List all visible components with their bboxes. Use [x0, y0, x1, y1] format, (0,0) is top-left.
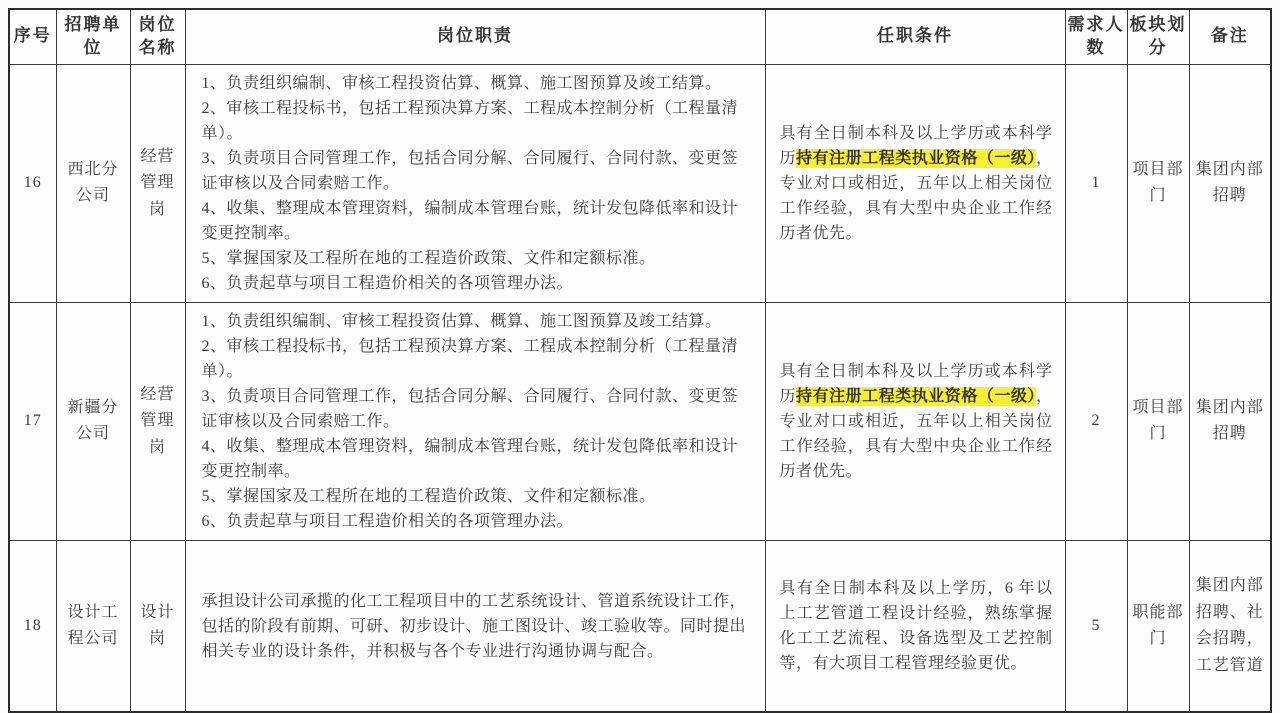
cell-unit: 新疆分公司 — [56, 302, 130, 540]
header-seq: 序号 — [9, 9, 56, 64]
table-row: 17 新疆分公司 经营管理岗 1、负责组织编制、审核工程投资估算、概算、施工图预… — [9, 302, 1271, 540]
cell-unit: 设计工程公司 — [56, 540, 130, 697]
req-highlighted-text: 持有注册工程类执业资格（一级） — [796, 149, 1036, 168]
header-count: 需求人数 — [1065, 9, 1127, 64]
duties-text: 1、负责组织编制、审核工程投资估算、概算、施工图预算及竣工结算。 2、审核工程投… — [202, 71, 751, 296]
table-row: 16 西北分公司 经营管理岗 1、负责组织编制、审核工程投资估算、概算、施工图预… — [9, 64, 1271, 302]
cell-count: 2 — [1065, 302, 1127, 540]
cell-requirements: 具有全日制本科及以上学历，6 年以上工艺管道工程设计经验，熟练掌握化工工艺流程、… — [765, 540, 1065, 697]
recruitment-table-page: 序号 招聘单位 岗位名称 岗位职责 任职条件 需求人数 板块划分 备注 16 西… — [8, 8, 1272, 697]
header-requirements: 任职条件 — [765, 9, 1065, 64]
cell-remark: 集团内部招聘、社会招聘，工艺管道 — [1189, 540, 1271, 697]
cell-unit: 西北分公司 — [56, 64, 130, 302]
req-text-before: 具有全日制本科及以上学历，6 年以上工艺管道工程设计经验，熟练掌握化工工艺流程、… — [780, 580, 1053, 672]
header-row: 序号 招聘单位 岗位名称 岗位职责 任职条件 需求人数 板块划分 备注 — [9, 9, 1271, 64]
cell-requirements: 具有全日制本科及以上学历或本科学历持有注册工程类执业资格（一级），专业对口或相近… — [765, 302, 1065, 540]
cell-position: 经营管理岗 — [130, 302, 185, 540]
cell-duties: 1、负责组织编制、审核工程投资估算、概算、施工图预算及竣工结算。 2、审核工程投… — [185, 64, 765, 302]
cell-remark: 集团内部招聘 — [1189, 302, 1271, 540]
duties-text: 承担设计公司承揽的化工工程项目中的工艺系统设计、管道系统设计工作，包括的阶段有前… — [202, 589, 751, 664]
cell-division: 职能部门 — [1127, 540, 1189, 697]
cell-duties: 1、负责组织编制、审核工程投资估算、概算、施工图预算及竣工结算。 2、审核工程投… — [185, 302, 765, 540]
cell-count: 1 — [1065, 64, 1127, 302]
header-unit: 招聘单位 — [56, 9, 130, 64]
cell-duties: 承担设计公司承揽的化工工程项目中的工艺系统设计、管道系统设计工作，包括的阶段有前… — [185, 540, 765, 697]
req-highlighted-text: 持有注册工程类执业资格（一级） — [796, 387, 1036, 406]
header-duties: 岗位职责 — [185, 9, 765, 64]
cell-division: 项目部门 — [1127, 64, 1189, 302]
cell-count: 5 — [1065, 540, 1127, 697]
cell-position: 经营管理岗 — [130, 64, 185, 302]
cell-seq: 16 — [9, 64, 56, 302]
cell-remark: 集团内部招聘 — [1189, 64, 1271, 302]
cell-division: 项目部门 — [1127, 302, 1189, 540]
header-remark: 备注 — [1189, 9, 1271, 64]
duties-text: 1、负责组织编制、审核工程投资估算、概算、施工图预算及竣工结算。 2、审核工程投… — [202, 309, 751, 534]
table-row: 18 设计工程公司 设计岗 承担设计公司承揽的化工工程项目中的工艺系统设计、管道… — [9, 540, 1271, 697]
recruitment-table: 序号 招聘单位 岗位名称 岗位职责 任职条件 需求人数 板块划分 备注 16 西… — [8, 8, 1272, 697]
cell-seq: 17 — [9, 302, 56, 540]
header-division: 板块划分 — [1127, 9, 1189, 64]
header-position: 岗位名称 — [130, 9, 185, 64]
cell-position: 设计岗 — [130, 540, 185, 697]
cell-requirements: 具有全日制本科及以上学历或本科学历持有注册工程类执业资格（一级），专业对口或相近… — [765, 64, 1065, 302]
cell-seq: 18 — [9, 540, 56, 697]
